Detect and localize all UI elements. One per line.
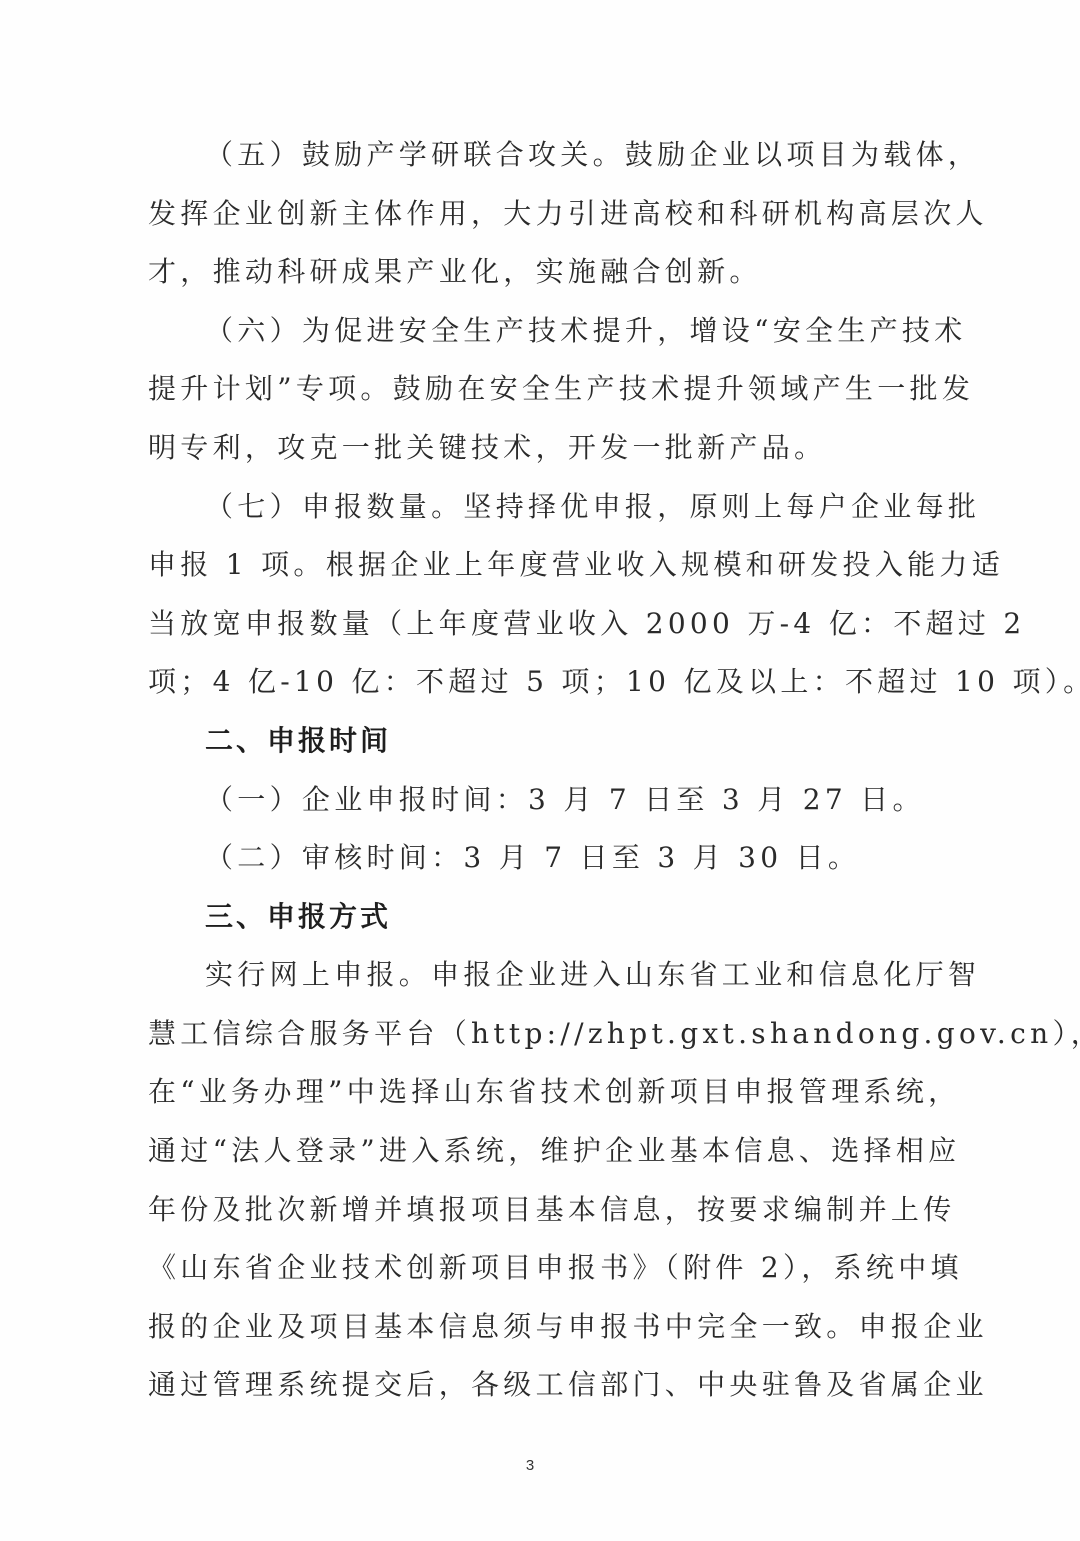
- text-line: （七）申报数量。坚持择优申报，原则上每户企业每批: [205, 487, 925, 527]
- text-line: 申报 1 项。根据企业上年度营业收入规模和研发投入能力适: [148, 545, 928, 585]
- text-line: 才，推动科研成果产业化，实施融合创新。: [148, 252, 928, 292]
- section-heading: 三、申报方式: [205, 897, 985, 937]
- text-line: 报的企业及项目基本信息须与申报书中完全一致。申报企业: [148, 1307, 928, 1347]
- text-line: （五）鼓励产学研联合攻关。鼓励企业以项目为载体，: [205, 135, 925, 175]
- text-line: （二）审核时间：3 月 7 日至 3 月 30 日。: [205, 838, 925, 878]
- text-line: 在“业务办理”中选择山东省技术创新项目申报管理系统，: [148, 1072, 928, 1112]
- text-line: 年份及批次新增并填报项目基本信息，按要求编制并上传: [148, 1190, 928, 1230]
- text-line: 提升计划”专项。鼓励在安全生产技术提升领域产生一批发: [148, 369, 928, 409]
- text-line: 当放宽申报数量（上年度营业收入 2000 万-4 亿：不超过 2: [148, 604, 928, 644]
- text-line: 明专利，攻克一批关键技术，开发一批新产品。: [148, 428, 928, 468]
- text-line: （一）企业申报时间：3 月 7 日至 3 月 27 日。: [205, 780, 925, 820]
- text-line: （六）为促进安全生产技术提升，增设“安全生产技术: [205, 311, 925, 351]
- document-page: （五）鼓励产学研联合攻关。鼓励企业以项目为载体，发挥企业创新主体作用，大力引进高…: [0, 0, 1080, 1541]
- page-number: 3: [520, 1457, 540, 1474]
- text-line: 通过“法人登录”进入系统，维护企业基本信息、选择相应: [148, 1131, 928, 1171]
- section-heading: 二、申报时间: [205, 721, 985, 761]
- text-line: 实行网上申报。申报企业进入山东省工业和信息化厅智: [205, 955, 925, 995]
- text-line: 发挥企业创新主体作用，大力引进高校和科研机构高层次人: [148, 194, 928, 234]
- text-line: 慧工信综合服务平台（http://zhpt.gxt.shandong.gov.c…: [148, 1014, 928, 1054]
- text-line: 通过管理系统提交后，各级工信部门、中央驻鲁及省属企业: [148, 1365, 928, 1405]
- text-line: 《山东省企业技术创新项目申报书》（附件 2），系统中填: [148, 1248, 928, 1288]
- text-line: 项；4 亿-10 亿：不超过 5 项；10 亿及以上：不超过 10 项）。: [148, 662, 928, 702]
